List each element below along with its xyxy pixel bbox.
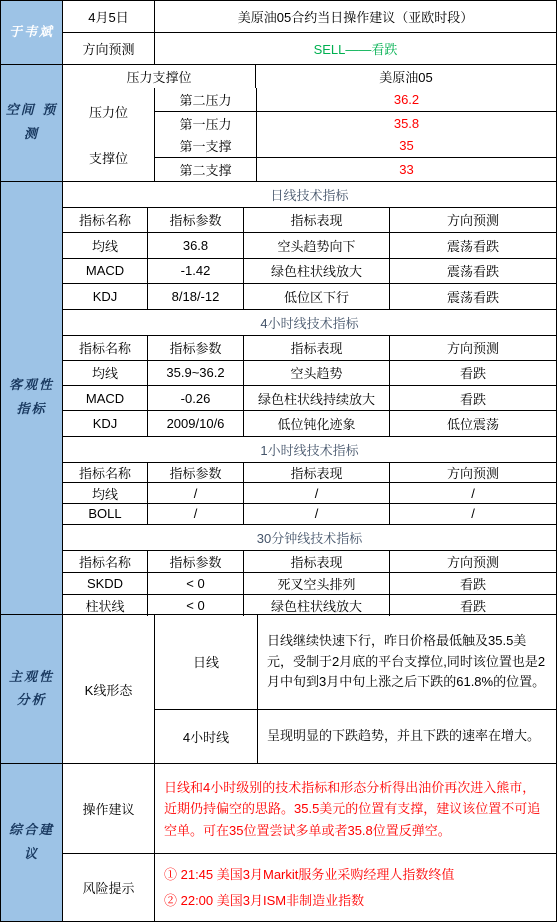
direction-value: SELL——看跌: [154, 33, 556, 64]
indicator-name: 均线: [63, 233, 147, 258]
level-name: 第二支撑: [155, 158, 256, 181]
space-forecast-sidebar: 空间 预测: [1, 65, 63, 181]
table-row: 日线 日线继续快速下行，昨日价格最低触及35.5美元，受制于2月底的平台支撑位,…: [155, 615, 556, 709]
report-table-page: 于韦斌 4月5日 美原油05合约当日操作建议（亚欧时段） 方向预测 SELL——…: [0, 0, 557, 924]
pressure-rows: 第二压力 36.2 第一压力 35.8: [154, 88, 556, 134]
indicator-param: /: [147, 483, 243, 503]
header-body: 4月5日 美原油05合约当日操作建议（亚欧时段） 方向预测 SELL——看跌: [63, 1, 556, 64]
column-header: 指标参数: [147, 463, 243, 483]
indicator-behavior: 空头趋势向下: [243, 233, 389, 258]
indicator-forecast: 震荡看跌: [389, 233, 556, 258]
indicator-behavior: 低位钝化迹象: [243, 411, 389, 435]
indicator-forecast: /: [389, 504, 556, 524]
column-header-row: 指标名称 指标参数 指标表现 方向预测: [63, 462, 556, 483]
subjective-analysis-sidebar: 主观性分析: [1, 615, 63, 764]
table-row: 第一压力 35.8: [155, 111, 556, 135]
table-row: 柱状线 < 0 绿色柱状线放大 看跌: [63, 594, 556, 616]
indicator-param: < 0: [147, 595, 243, 616]
indicator-param: 35.9~36.2: [147, 361, 243, 385]
table-row: 均线 / / /: [63, 482, 556, 503]
indicator-param: < 0: [147, 573, 243, 594]
level-value: 35: [256, 134, 556, 157]
indicator-forecast: /: [389, 483, 556, 503]
author-cell: 于韦斌: [1, 1, 63, 64]
pressure-group: 压力位 第二压力 36.2 第一压力 35.8: [63, 88, 556, 134]
indicator-behavior: 死叉空头排列: [243, 573, 389, 594]
table-row: 均线 35.9~36.2 空头趋势 看跌: [63, 360, 556, 385]
advice-row: 操作建议 日线和4小时级别的技术指标和形态分析得出油价再次进入熊市，近期仍持偏空…: [63, 764, 556, 853]
support-group: 支撑位 第一支撑 35 第二支撑 33: [63, 134, 556, 180]
column-header: 指标表现: [243, 551, 389, 572]
kline-group: K线形态 日线 日线继续快速下行，昨日价格最低触及35.5美元，受制于2月底的平…: [63, 615, 556, 764]
indicator-name: KDJ: [63, 284, 147, 309]
risk-label: 风险提示: [63, 854, 154, 921]
table-row: 第二支撑 33: [155, 157, 556, 181]
indicator-name: KDJ: [63, 411, 147, 435]
indicator-param: 8/18/-12: [147, 284, 243, 309]
summary-sidebar: 综合建议: [1, 764, 63, 921]
indicator-name: 均线: [63, 361, 147, 385]
indicator-name: MACD: [63, 386, 147, 410]
column-header: 指标参数: [147, 551, 243, 572]
column-header: 指标参数: [147, 336, 243, 360]
column-header-row: 指标名称 指标参数 指标表现 方向预测: [63, 335, 556, 360]
date-cell: 4月5日: [63, 1, 154, 32]
risk-row: 风险提示 ① 21:45 美国3月Markit服务业采购经理人指数终值 ② 22…: [63, 853, 556, 921]
column-header: 指标名称: [63, 463, 147, 483]
table-row: MACD -0.26 绿色柱状线持续放大 看跌: [63, 385, 556, 410]
column-header: 指标名称: [63, 208, 147, 233]
subjective-analysis-body: K线形态 日线 日线继续快速下行，昨日价格最低触及35.5美元，受制于2月底的平…: [63, 615, 556, 764]
indicator-param: 2009/10/6: [147, 411, 243, 435]
pressure-support-header: 压力支撑位: [63, 65, 255, 88]
indicator-param: /: [147, 504, 243, 524]
column-header: 指标参数: [147, 208, 243, 233]
column-header: 方向预测: [389, 551, 556, 572]
indicator-name: SKDD: [63, 573, 147, 594]
column-header: 方向预测: [389, 463, 556, 483]
level-name: 第二压力: [155, 88, 256, 111]
kline-analysis-text: 呈现明显的下跌趋势，并且下跌的速率在增大。: [257, 710, 556, 764]
indicator-forecast: 看跌: [389, 595, 556, 616]
table-title: 日线技术指标: [63, 182, 556, 207]
indicator-name: 柱状线: [63, 595, 147, 616]
h1-indicator-table: 1小时线技术指标 指标名称 指标参数 指标表现 方向预测 均线 / / /: [63, 436, 556, 524]
kline-period: 4小时线: [155, 710, 257, 764]
table-row: 第二压力 36.2: [155, 88, 556, 111]
indicator-behavior: 绿色柱状线持续放大: [243, 386, 389, 410]
indicator-forecast: 看跌: [389, 361, 556, 385]
indicator-forecast: 震荡看跌: [389, 284, 556, 309]
table-row: SKDD < 0 死叉空头排列 看跌: [63, 572, 556, 594]
indicator-param: 36.8: [147, 233, 243, 258]
indicator-behavior: /: [243, 504, 389, 524]
table-row: KDJ 8/18/-12 低位区下行 震荡看跌: [63, 283, 556, 309]
column-header-row: 指标名称 指标参数 指标表现 方向预测: [63, 207, 556, 233]
table-title: 1小时线技术指标: [63, 437, 556, 462]
trade-advice-table: 于韦斌 4月5日 美原油05合约当日操作建议（亚欧时段） 方向预测 SELL——…: [0, 0, 557, 922]
kline-period: 日线: [155, 615, 257, 709]
instrument-header: 美原油05: [255, 65, 556, 88]
kline-rows: 日线 日线继续快速下行，昨日价格最低触及35.5美元，受制于2月底的平台支撑位,…: [154, 615, 556, 764]
title-row: 4月5日 美原油05合约当日操作建议（亚欧时段）: [63, 1, 556, 32]
level-value: 35.8: [256, 112, 556, 135]
level-name: 第一支撑: [155, 134, 256, 157]
column-header: 方向预测: [389, 208, 556, 233]
column-header: 指标名称: [63, 551, 147, 572]
kline-group-label: K线形态: [63, 615, 154, 764]
indicator-param: -0.26: [147, 386, 243, 410]
level-value: 33: [256, 158, 556, 181]
summary-body: 操作建议 日线和4小时级别的技术指标和形态分析得出油价再次进入熊市，近期仍持偏空…: [63, 764, 556, 921]
table-row: 第一支撑 35: [155, 134, 556, 157]
indicator-name: BOLL: [63, 504, 147, 524]
level-name: 第一压力: [155, 112, 256, 135]
table-row: MACD -1.42 绿色柱状线放大 震荡看跌: [63, 258, 556, 284]
m30-indicator-table: 30分钟线技术指标 指标名称 指标参数 指标表现 方向预测 SKDD < 0 死…: [63, 524, 556, 616]
header-section: 于韦斌 4月5日 美原油05合约当日操作建议（亚欧时段） 方向预测 SELL——…: [1, 1, 556, 64]
direction-label: 方向预测: [63, 33, 154, 64]
objective-indicators-section: 客观性指标 日线技术指标 指标名称 指标参数 指标表现 方向预测 均线 36.8…: [1, 181, 556, 614]
pressure-group-label: 压力位: [63, 88, 154, 134]
column-header: 指标表现: [243, 336, 389, 360]
subjective-analysis-section: 主观性分析 K线形态 日线 日线继续快速下行，昨日价格最低触及35.5美元，受制…: [1, 614, 556, 764]
table-title: 30分钟线技术指标: [63, 525, 556, 550]
h4-indicator-table: 4小时线技术指标 指标名称 指标参数 指标表现 方向预测 均线 35.9~36.…: [63, 309, 556, 436]
indicator-forecast: 看跌: [389, 386, 556, 410]
table-row: KDJ 2009/10/6 低位钝化迹象 低位震荡: [63, 410, 556, 435]
indicator-behavior: 绿色柱状线放大: [243, 259, 389, 284]
risk-items: ① 21:45 美国3月Markit服务业采购经理人指数终值 ② 22:00 美…: [154, 854, 556, 921]
risk-item: ① 21:45 美国3月Markit服务业采购经理人指数终值: [164, 862, 454, 888]
support-group-label: 支撑位: [63, 134, 154, 180]
indicator-forecast: 低位震荡: [389, 411, 556, 435]
daily-indicator-table: 日线技术指标 指标名称 指标参数 指标表现 方向预测 均线 36.8 空头趋势向…: [63, 182, 556, 309]
indicator-name: 均线: [63, 483, 147, 503]
direction-row: 方向预测 SELL——看跌: [63, 32, 556, 64]
indicator-behavior: /: [243, 483, 389, 503]
risk-item: ② 22:00 美国3月ISM非制造业指数: [164, 888, 364, 914]
column-header: 指标名称: [63, 336, 147, 360]
advice-label: 操作建议: [63, 764, 154, 853]
summary-section: 综合建议 操作建议 日线和4小时级别的技术指标和形态分析得出油价再次进入熊市，近…: [1, 763, 556, 921]
column-header-row: 指标名称 指标参数 指标表现 方向预测: [63, 550, 556, 572]
indicator-forecast: 看跌: [389, 573, 556, 594]
table-row: BOLL / / /: [63, 503, 556, 524]
advice-text: 日线和4小时级别的技术指标和形态分析得出油价再次进入熊市，近期仍持偏空的思路。3…: [154, 764, 556, 853]
level-value: 36.2: [256, 88, 556, 111]
support-rows: 第一支撑 35 第二支撑 33: [154, 134, 556, 180]
kline-analysis-text: 日线继续快速下行，昨日价格最低触及35.5美元，受制于2月底的平台支撑位,同时该…: [257, 615, 556, 709]
indicator-behavior: 低位区下行: [243, 284, 389, 309]
indicator-behavior: 空头趋势: [243, 361, 389, 385]
indicator-param: -1.42: [147, 259, 243, 284]
indicator-forecast: 震荡看跌: [389, 259, 556, 284]
table-row: 4小时线 呈现明显的下跌趋势，并且下跌的速率在增大。: [155, 709, 556, 764]
space-forecast-section: 空间 预测 压力支撑位 美原油05 压力位 第二压力 36.2 第一压力: [1, 64, 556, 181]
objective-indicators-body: 日线技术指标 指标名称 指标参数 指标表现 方向预测 均线 36.8 空头趋势向…: [63, 182, 556, 614]
table-row: 均线 36.8 空头趋势向下 震荡看跌: [63, 232, 556, 258]
column-header: 指标表现: [243, 208, 389, 233]
indicator-name: MACD: [63, 259, 147, 284]
report-title: 美原油05合约当日操作建议（亚欧时段）: [154, 1, 556, 32]
table-title: 4小时线技术指标: [63, 310, 556, 335]
objective-indicators-sidebar: 客观性指标: [1, 182, 63, 614]
column-header: 指标表现: [243, 463, 389, 483]
column-header: 方向预测: [389, 336, 556, 360]
indicator-behavior: 绿色柱状线放大: [243, 595, 389, 616]
space-header-row: 压力支撑位 美原油05: [63, 65, 556, 88]
space-forecast-body: 压力支撑位 美原油05 压力位 第二压力 36.2 第一压力 35.8: [63, 65, 556, 181]
